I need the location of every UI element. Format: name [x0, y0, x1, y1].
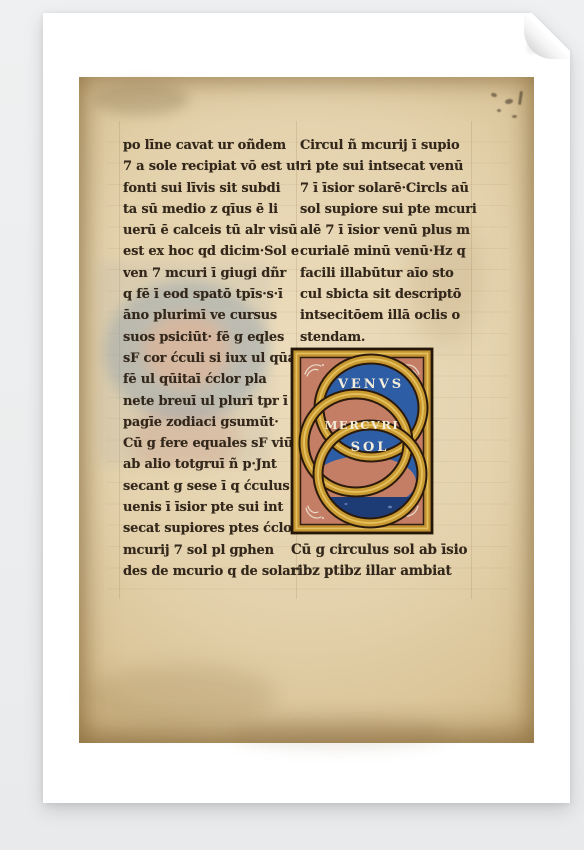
manuscript-text-line: fē ul qūitaī ćclor pla [123, 369, 299, 390]
manuscript-leaf: po līne cavat ur oñdem7 a sole recipiat … [79, 77, 534, 743]
manuscript-text-line: fonti sui līvis sit subdi [123, 178, 299, 199]
diagram-label-sol: SOL [351, 440, 390, 455]
manuscript-text-line: suos psiciūt· fē g eqles [123, 327, 299, 348]
manuscript-text-line: secat supiores ptes ćclor [123, 518, 299, 539]
poster-sheet: po līne cavat ur oñdem7 a sole recipiat … [43, 13, 570, 803]
manuscript-text-line: intsecitōem illā oclis o [300, 305, 480, 326]
manuscript-text-line: mcurij 7 sol pl gphen [123, 540, 299, 561]
ink-stain [93, 83, 189, 115]
orbits-diagram: VENVS MERCVRI SOL [290, 347, 434, 535]
manuscript-text-line: nete breuī ul plurī tpr ī [123, 391, 299, 412]
manuscript-text-line: curialē minū venū·Hz q [300, 241, 480, 262]
manuscript-text-line: est ex hoc qd dicim·Sol er [123, 241, 299, 262]
ink-speck [505, 98, 514, 105]
manuscript-text-line: po līne cavat ur oñdem [123, 135, 299, 156]
manuscript-text-line: cul sbicta sit descriptō [300, 284, 480, 305]
text-below-diagram: Cū g circulus sol ab īsioribz ptibz illa… [291, 540, 481, 583]
ink-stain [229, 717, 449, 747]
manuscript-text-line: ri pte sui intsecat venū [300, 156, 480, 177]
manuscript-text-line: sol supiore sui pte mcuri [300, 199, 480, 220]
manuscript-text-line: des de mcurio q de solari· [123, 561, 299, 582]
ink-stain [87, 665, 277, 727]
ink-speck [491, 92, 498, 98]
manuscript-text-line: āno plurimī ve cursus [123, 305, 299, 326]
manuscript-text-line: ab alio totgruī ñ p·Jnt [123, 454, 299, 475]
manuscript-text-line: ta sū medio z qīus ē li [123, 199, 299, 220]
manuscript-text-line: q fē ī eod spatō tpīs·s·ī [123, 284, 299, 305]
manuscript-text-line: Circul ñ mcurij ī supio [300, 135, 480, 156]
manuscript-text-line: 7 ī īsior solarē·Circls aū [300, 178, 480, 199]
diagram-label-venus: VENVS [337, 377, 404, 392]
manuscript-text-line: 7 a sole recipiat vō est ut [123, 156, 299, 177]
manuscript-text-line: secant g sese ī q ćculus [123, 476, 299, 497]
manuscript-text-line: sF cor ćculi si iux ul qūa [123, 348, 299, 369]
ink-speck [497, 109, 501, 112]
manuscript-text-line: alē 7 ī īsior venū plus m [300, 220, 480, 241]
page-background: { "page": { "background_color": "#ebedee… [0, 0, 584, 850]
manuscript-text-line: pagīe zodiaci gsumūt· [123, 412, 299, 433]
poster-paper: po līne cavat ur oñdem7 a sole recipiat … [43, 13, 570, 803]
text-column-left: po līne cavat ur oñdem7 a sole recipiat … [123, 135, 299, 582]
manuscript-text-line: uerū ē calceis tū alr visū [123, 220, 299, 241]
diagram-label-mercury: MERCVRI [325, 418, 400, 432]
manuscript-text-line: ven 7 mcuri ī giugi dñr [123, 263, 299, 284]
manuscript-text-line: uenis ī īsior pte sui int [123, 497, 299, 518]
manuscript-text-line: Cū g circulus sol ab īsio [291, 540, 481, 561]
text-column-right: Circul ñ mcurij ī supiori pte sui intsec… [300, 135, 480, 348]
manuscript-text-line: facili illabūtur aīo sto [300, 263, 480, 284]
manuscript-text-line: Cū g fere equales sF viū [123, 433, 299, 454]
manuscript-text-line: ribz ptibz illar ambiat [291, 561, 481, 582]
ink-speck [518, 91, 523, 105]
ink-speck [512, 115, 517, 118]
manuscript-text-line: stendam. [300, 327, 480, 348]
